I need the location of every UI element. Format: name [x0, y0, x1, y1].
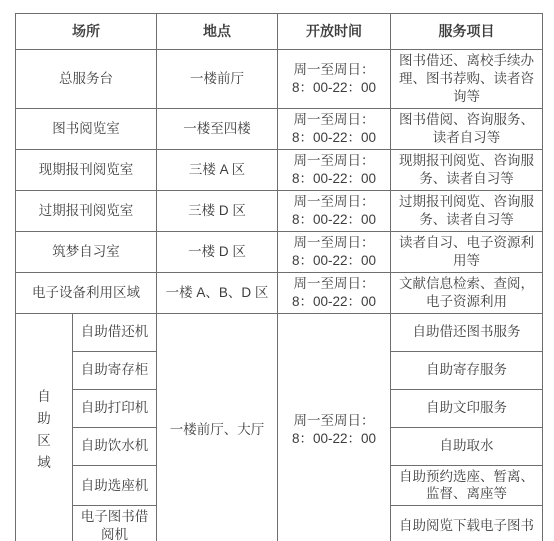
cell-hours: 周一至周日： 8：00-22：00	[278, 272, 391, 313]
cell-hours: 周一至周日： 8：00-22：00	[278, 50, 391, 109]
cell-device: 自助寄存柜	[73, 351, 157, 389]
hours-time: 8：00-22：00	[282, 129, 386, 147]
cell-location: 一楼至四楼	[157, 109, 278, 150]
hours-time: 8：00-22：00	[282, 211, 386, 229]
table-row: 电子设备利用区域 一楼 A、B、D 区 周一至周日： 8：00-22：00 文献…	[16, 272, 543, 313]
header-services: 服务项目	[391, 14, 543, 50]
cell-location: 一楼前厅、大厅	[157, 313, 278, 541]
table-row: 现期报刊阅览室 三楼 A 区 周一至周日： 8：00-22：00 现期报刊阅览、…	[16, 149, 543, 190]
cell-hours: 周一至周日： 8：00-22：00	[278, 149, 391, 190]
hours-days: 周一至周日：	[282, 193, 386, 211]
cell-hours: 周一至周日： 8：00-22：00	[278, 109, 391, 150]
cell-device: 自助饮水机	[73, 427, 157, 465]
table-row: 过期报刊阅览室 三楼 D 区 周一至周日： 8：00-22：00 过期报刊阅览、…	[16, 190, 543, 231]
self-service-group-label: 自助区域	[36, 386, 52, 473]
cell-place: 现期报刊阅览室	[16, 149, 157, 190]
table-row: 自助区域 自助借还机 一楼前厅、大厅 周一至周日： 8：00-22：00 自助借…	[16, 313, 543, 351]
cell-device: 电子图书借阅机	[73, 506, 157, 541]
cell-service: 自助取水	[391, 427, 543, 465]
cell-place: 电子设备利用区域	[16, 272, 157, 313]
header-hours: 开放时间	[278, 14, 391, 50]
cell-service: 自助寄存服务	[391, 351, 543, 389]
table-header-row: 场所 地点 开放时间 服务项目	[16, 14, 543, 50]
cell-service: 图书借还、离校手续办理、图书荐购、读者咨询等	[391, 50, 543, 109]
table-row: 筑梦自习室 一楼 D 区 周一至周日： 8：00-22：00 读者自习、电子资源…	[16, 231, 543, 272]
hours-days: 周一至周日：	[282, 234, 386, 252]
cell-service: 图书借阅、咨询服务、读者自习等	[391, 109, 543, 150]
cell-service: 自助借还图书服务	[391, 313, 543, 351]
hours-days: 周一至周日：	[282, 61, 386, 79]
cell-place: 图书阅览室	[16, 109, 157, 150]
cell-location: 一楼 D 区	[157, 231, 278, 272]
hours-time: 8：00-22：00	[282, 293, 386, 311]
cell-place: 过期报刊阅览室	[16, 190, 157, 231]
header-place: 场所	[16, 14, 157, 50]
table-row: 总服务台 一楼前厅 周一至周日： 8：00-22：00 图书借还、离校手续办理、…	[16, 50, 543, 109]
hours-time: 8：00-22：00	[282, 170, 386, 188]
cell-service: 自助阅览下载电子图书	[391, 506, 543, 541]
cell-service: 现期报刊阅览、咨询服务、读者自习等	[391, 149, 543, 190]
cell-hours: 周一至周日： 8：00-22：00	[278, 231, 391, 272]
cell-device: 自助打印机	[73, 389, 157, 427]
cell-hours: 周一至周日： 8：00-22：00	[278, 313, 391, 541]
cell-service: 过期报刊阅览、咨询服务、读者自习等	[391, 190, 543, 231]
cell-location: 一楼 A、B、D 区	[157, 272, 278, 313]
hours-days: 周一至周日：	[282, 152, 386, 170]
cell-location: 三楼 D 区	[157, 190, 278, 231]
cell-service: 自助文印服务	[391, 389, 543, 427]
cell-place: 筑梦自习室	[16, 231, 157, 272]
hours-days: 周一至周日：	[282, 111, 386, 129]
table-row: 图书阅览室 一楼至四楼 周一至周日： 8：00-22：00 图书借阅、咨询服务、…	[16, 109, 543, 150]
cell-device: 自助选座机	[73, 465, 157, 506]
cell-location: 三楼 A 区	[157, 149, 278, 190]
cell-device: 自助借还机	[73, 313, 157, 351]
cell-place: 总服务台	[16, 50, 157, 109]
library-services-table: 场所 地点 开放时间 服务项目 总服务台 一楼前厅 周一至周日： 8：00-22…	[15, 13, 543, 541]
cell-service: 读者自习、电子资源利用等	[391, 231, 543, 272]
hours-time: 8：00-22：00	[282, 79, 386, 97]
hours-time: 8：00-22：00	[282, 430, 386, 448]
cell-service: 自助预约选座、暂离、监督、离座等	[391, 465, 543, 506]
header-location: 地点	[157, 14, 278, 50]
hours-days: 周一至周日：	[282, 412, 386, 430]
cell-service: 文献信息检索、查阅，电子资源利用	[391, 272, 543, 313]
cell-location: 一楼前厅	[157, 50, 278, 109]
hours-days: 周一至周日：	[282, 275, 386, 293]
cell-hours: 周一至周日： 8：00-22：00	[278, 190, 391, 231]
cell-self-service-group: 自助区域	[16, 313, 73, 541]
hours-time: 8：00-22：00	[282, 252, 386, 270]
